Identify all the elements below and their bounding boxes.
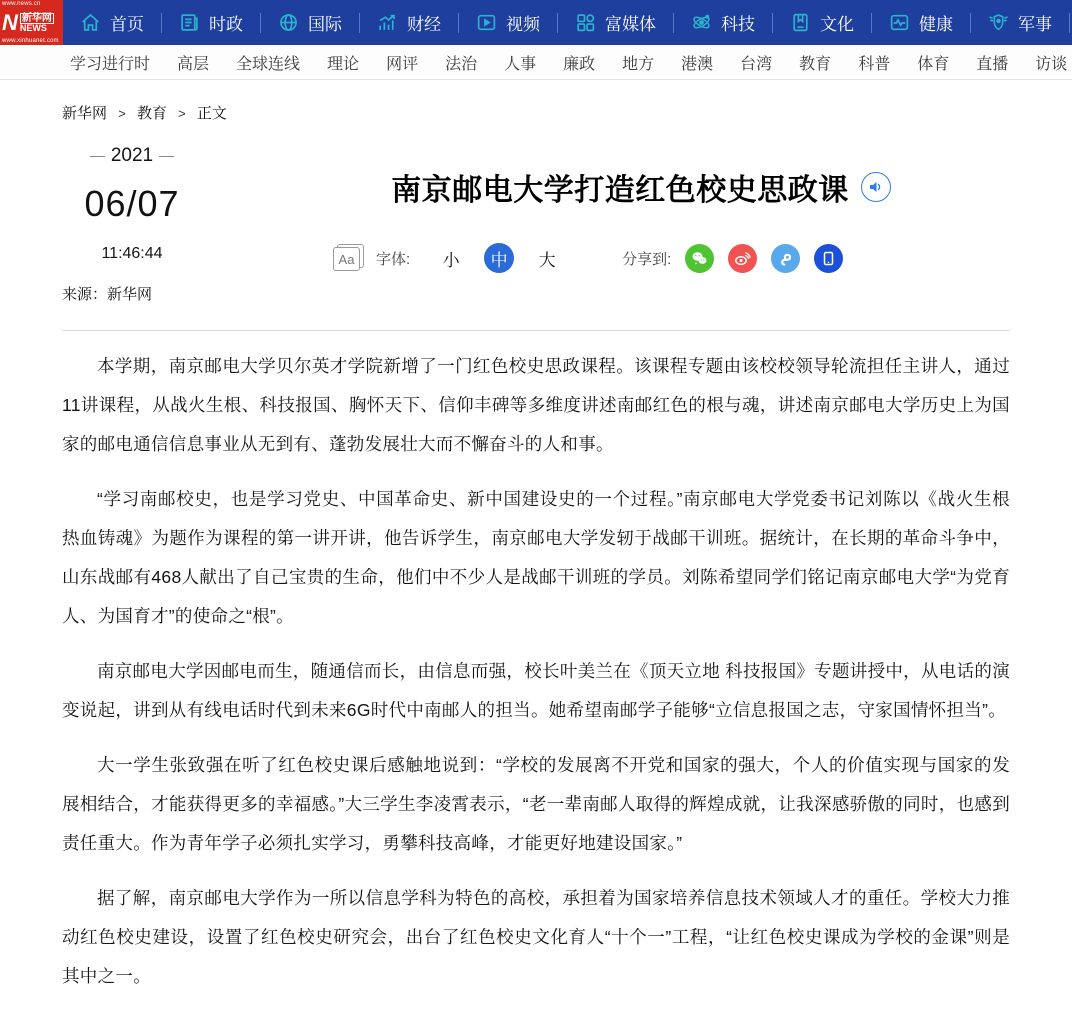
- breadcrumb-separator: >: [118, 106, 126, 121]
- tech-atom-icon: [691, 12, 712, 33]
- topnav-item-culture[interactable]: 文化: [772, 13, 871, 33]
- topnav-item-home[interactable]: 首页: [63, 13, 161, 33]
- article-paragraph: 本学期，南京邮电大学贝尔英才学院新增了一门红色校史思政课程。该课程专题由该校校领…: [62, 347, 1010, 464]
- military-shield-icon: [988, 12, 1009, 33]
- font-size-large-button[interactable]: 大: [532, 243, 562, 273]
- article-paragraph: 南京邮电大学因邮电而生，随通信而长，由信息而强，校长叶美兰在《顶天立地 科技报国…: [62, 652, 1010, 730]
- globe-icon: [278, 12, 299, 33]
- breadcrumb-current: 正文: [197, 105, 227, 122]
- topnav-items: 首页 时政 国际 财经 视频 富媒体 科技 文化: [63, 0, 1072, 45]
- subnav-item-lianxian[interactable]: 全球连线: [236, 51, 300, 74]
- speaker-icon: [868, 179, 884, 195]
- wechat-share-button[interactable]: [685, 244, 714, 273]
- subnav-item-xuexi[interactable]: 学习进行时: [70, 51, 150, 74]
- breadcrumb-xinhuanet[interactable]: 新华网: [62, 105, 107, 122]
- subnav-item-tiyu[interactable]: 体育: [917, 51, 949, 74]
- article-body: 本学期，南京邮电大学贝尔英才学院新增了一门红色校史思政课程。该课程专题由该校校领…: [62, 347, 1010, 1026]
- font-size-medium-button[interactable]: 中: [484, 243, 514, 273]
- article-date: 06/07: [62, 183, 202, 225]
- subnav-item-zhibo[interactable]: 直播: [976, 51, 1008, 74]
- mobile-share-button[interactable]: [814, 244, 843, 273]
- breadcrumb-separator: >: [178, 106, 186, 121]
- article-toolbar: Aa 字体: 小 中 大 分享到:: [272, 243, 1010, 273]
- video-play-icon: [476, 12, 497, 33]
- politics-news-icon: [179, 12, 200, 33]
- rich-media-grid-icon: [575, 12, 596, 33]
- article-title-column: 南京邮电大学打造红色校史思政课 Aa 字体: 小 中 大 分享到:: [232, 141, 1010, 304]
- topnav-item-international[interactable]: 国际: [260, 13, 359, 33]
- article-year: 2021: [62, 145, 202, 167]
- subnav-item-renshi[interactable]: 人事: [504, 51, 536, 74]
- topnav-item-tech[interactable]: 科技: [673, 13, 772, 33]
- font-size-small-button[interactable]: 小: [436, 243, 466, 273]
- weibo-icon: [734, 250, 751, 267]
- subnav-item-lianzheng[interactable]: 廉政: [563, 51, 595, 74]
- article-paragraph: 大一学生张致强在听了红色校史课后感触地说到：“学校的发展离不开党和国家的强大，个…: [62, 746, 1010, 863]
- secondary-navigation: 学习进行时 高层 全球连线 理论 网评 法治 人事 廉政 地方 港澳 台湾 教育…: [0, 45, 1072, 80]
- logo-top-url: www.news.cn: [2, 1, 61, 7]
- wechat-icon: [691, 250, 708, 267]
- page-title: 南京邮电大学打造红色校史思政课: [391, 165, 849, 209]
- top-navigation: www.news.cn N 新华网 NEWS www.xinhuanet.com…: [0, 0, 1072, 45]
- article-time: 11:46:44: [62, 245, 202, 263]
- sike-s-icon: [777, 250, 794, 267]
- subnav-item-jiaoyu[interactable]: 教育: [799, 51, 831, 74]
- subnav-item-gaoceng[interactable]: 高层: [177, 51, 209, 74]
- subnav-item-fazhi[interactable]: 法治: [445, 51, 477, 74]
- article-paragraph: “学习南邮校史，也是学习党史、中国革命史、新中国建设史的一个过程。”南京邮电大学…: [62, 480, 1010, 636]
- home-icon: [80, 12, 101, 33]
- mobile-device-icon: [820, 250, 837, 267]
- topnav-item-rich-media[interactable]: 富媒体: [557, 13, 673, 33]
- topnav-item-politics[interactable]: 时政: [161, 13, 260, 33]
- weibo-share-button[interactable]: [728, 244, 757, 273]
- article-paragraph: 据了解，南京邮电大学作为一所以信息学科为特色的高校，承担着为国家培养信息技术领域…: [62, 879, 1010, 996]
- breadcrumb: 新华网 > 教育 > 正文: [62, 102, 1010, 123]
- health-pulse-icon: [889, 12, 910, 33]
- culture-book-icon: [790, 12, 811, 33]
- subnav-item-fangtan[interactable]: 访谈: [1035, 51, 1067, 74]
- year-dash-right: [159, 156, 174, 157]
- read-aloud-button[interactable]: [861, 172, 891, 202]
- sike-share-button[interactable]: [771, 244, 800, 273]
- article-source: 来源：新华网: [62, 283, 232, 304]
- topnav-item-health[interactable]: 健康: [871, 13, 970, 33]
- subnav-item-kepu[interactable]: 科普: [858, 51, 890, 74]
- article-header: 2021 06/07 11:46:44 来源：新华网 南京邮电大学打造红色校史思…: [62, 141, 1010, 304]
- year-dash-left: [90, 156, 105, 157]
- font-size-icon: Aa: [332, 244, 366, 272]
- topnav-item-finance[interactable]: 财经: [359, 13, 458, 33]
- article-page: 新华网 > 教育 > 正文 2021 06/07 11:46:44 来源：新华网…: [0, 102, 1072, 1026]
- xinhua-logo[interactable]: www.news.cn N 新华网 NEWS www.xinhuanet.com: [0, 0, 63, 45]
- subnav-item-gangao[interactable]: 港澳: [681, 51, 713, 74]
- subnav-item-wangping[interactable]: 网评: [386, 51, 418, 74]
- breadcrumb-jiaoyu[interactable]: 教育: [137, 105, 167, 122]
- article-date-block: 2021 06/07 11:46:44 来源：新华网: [62, 141, 232, 304]
- share-label: 分享到:: [622, 248, 671, 269]
- logo-bottom-url: www.xinhuanet.com: [2, 38, 61, 44]
- topnav-item-video[interactable]: 视频: [458, 13, 557, 33]
- subnav-item-taiwan[interactable]: 台湾: [740, 51, 772, 74]
- header-divider: [62, 330, 1010, 331]
- font-size-label: 字体:: [376, 248, 410, 269]
- subnav-item-lilun[interactable]: 理论: [327, 51, 359, 74]
- subnav-item-difang[interactable]: 地方: [622, 51, 654, 74]
- logo-mark: N 新华网 NEWS: [2, 13, 61, 33]
- topnav-item-military[interactable]: 军事: [970, 13, 1069, 33]
- finance-chart-icon: [377, 12, 398, 33]
